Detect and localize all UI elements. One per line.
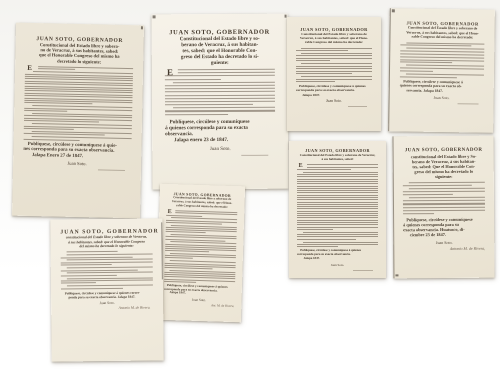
text-line bbox=[24, 120, 99, 123]
text-line bbox=[296, 68, 372, 69]
text-line bbox=[403, 200, 485, 202]
text-line bbox=[165, 91, 275, 93]
text-line bbox=[403, 191, 485, 193]
closing-line: servancia. Jalapa 1847. bbox=[400, 88, 484, 94]
text-line bbox=[165, 75, 275, 77]
text-line bbox=[297, 246, 338, 247]
doc-body bbox=[403, 182, 485, 215]
text-line bbox=[297, 236, 378, 237]
body-paragraph bbox=[24, 123, 132, 131]
text-line bbox=[165, 104, 253, 106]
body-paragraph bbox=[61, 285, 153, 289]
body-paragraph bbox=[297, 232, 378, 240]
text-line bbox=[24, 128, 74, 130]
doc-closing: Publíquese, circúlese y comuníquese á qu… bbox=[164, 283, 235, 297]
body-paragraph: E bbox=[165, 69, 275, 80]
closing-line: Jalapa Enero 27 de 1847. bbox=[23, 153, 131, 161]
text-line bbox=[297, 227, 378, 228]
text-line bbox=[296, 79, 372, 80]
text-line bbox=[165, 110, 275, 112]
text-line bbox=[297, 183, 378, 184]
text-line bbox=[165, 97, 275, 99]
text-line bbox=[297, 190, 378, 191]
text-line bbox=[24, 102, 92, 104]
signature-secretary-line bbox=[241, 154, 269, 155]
text-line bbox=[297, 234, 378, 235]
body-paragraph bbox=[400, 65, 484, 73]
dropcap-initial: E bbox=[299, 163, 303, 169]
broadside-top-center-right: JUAN SOTO, GOBERNADORConstitucional del … bbox=[287, 17, 381, 131]
signature-secretary-line bbox=[348, 106, 367, 107]
text-line bbox=[173, 81, 275, 83]
body-paragraph bbox=[165, 107, 275, 115]
text-line bbox=[400, 62, 452, 64]
text-line bbox=[297, 213, 378, 214]
text-line bbox=[303, 242, 378, 243]
signature-secretary-line bbox=[353, 270, 373, 271]
body-paragraph bbox=[400, 48, 484, 64]
text-line bbox=[307, 167, 378, 168]
text-line bbox=[165, 88, 275, 90]
text-line bbox=[406, 74, 484, 76]
text-line bbox=[296, 58, 372, 59]
text-line bbox=[165, 257, 193, 259]
signature-juan-soto: Juan Soto. bbox=[403, 239, 485, 245]
text-line bbox=[400, 70, 433, 71]
text-line bbox=[297, 204, 378, 205]
body-paragraph bbox=[165, 253, 236, 260]
body-paragraph bbox=[61, 277, 153, 284]
text-line bbox=[303, 232, 378, 233]
text-line bbox=[67, 254, 153, 256]
body-paragraph bbox=[61, 272, 153, 276]
text-line bbox=[400, 53, 484, 55]
text-line bbox=[173, 107, 275, 109]
text-line bbox=[24, 110, 67, 112]
doc-subtitle-line: á sus habitantes, sabed: bbox=[297, 158, 378, 162]
text-line bbox=[297, 217, 378, 218]
text-line bbox=[297, 188, 378, 189]
doc-body: E bbox=[165, 69, 275, 115]
broadside-middle-right: JUAN SOTO, GOBERNADORConstitucional del … bbox=[289, 141, 386, 278]
text-line bbox=[166, 231, 206, 233]
text-line bbox=[296, 66, 372, 67]
body-paragraph bbox=[166, 217, 237, 224]
text-line bbox=[67, 285, 153, 287]
broadside-top-right: JUAN SOTO, GOBERNADORConstitucional del … bbox=[388, 8, 495, 132]
text-line bbox=[61, 280, 153, 282]
text-line bbox=[297, 176, 378, 177]
text-line bbox=[400, 45, 471, 47]
text-line bbox=[297, 202, 378, 203]
doc-subtitle-line: rable Congreso del mismo ha decretado: bbox=[296, 40, 372, 44]
doc-subtitle-line: rable Congreso del mismo ha decretado: bbox=[166, 204, 237, 210]
text-line bbox=[297, 229, 333, 230]
closing-line: ciembre 23 de 1847. bbox=[403, 232, 485, 238]
doc-closing: Publíquese, circúlese y comuníquese á qu… bbox=[61, 290, 153, 299]
paper-corner-mark bbox=[153, 15, 156, 18]
broadside-middle-center: JUAN SOTO, GOBERNADORConstitucional del … bbox=[156, 184, 245, 323]
body-paragraph bbox=[61, 267, 153, 271]
text-line bbox=[301, 63, 372, 64]
text-line bbox=[165, 94, 275, 96]
body-paragraph bbox=[400, 73, 484, 78]
text-line bbox=[165, 114, 228, 115]
signature-secretary-line bbox=[458, 103, 479, 104]
body-paragraph bbox=[166, 225, 237, 235]
text-line bbox=[409, 197, 485, 199]
closing-line: Jalapa enero 23 de 1847. bbox=[165, 137, 275, 144]
body-paragraph bbox=[61, 251, 153, 253]
text-line bbox=[406, 42, 484, 44]
signature-secretary: Antonio M. de Rivera, bbox=[403, 245, 485, 251]
body-paragraph bbox=[297, 242, 378, 247]
text-line bbox=[297, 222, 378, 223]
broadside-bottom-left: JUAN SOTO, GOBERNADORconstitucional del … bbox=[50, 218, 163, 361]
text-line bbox=[165, 101, 275, 103]
text-line bbox=[61, 288, 123, 290]
text-line bbox=[406, 65, 484, 67]
text-line bbox=[296, 60, 330, 61]
text-line bbox=[406, 48, 484, 50]
text-line bbox=[297, 206, 378, 207]
text-line bbox=[61, 261, 153, 263]
text-line bbox=[297, 215, 378, 216]
body-paragraph bbox=[164, 270, 235, 284]
text-line bbox=[178, 69, 275, 71]
text-line bbox=[38, 68, 75, 70]
signature-secretary-line bbox=[97, 170, 124, 172]
text-line bbox=[403, 203, 485, 205]
photo-of-broadsides: JUAN SOTO, GOBERNADORConstitucional del … bbox=[0, 0, 500, 380]
text-line bbox=[303, 172, 378, 173]
body-paragraph bbox=[400, 42, 484, 47]
body-paragraph bbox=[165, 260, 236, 270]
body-paragraph bbox=[296, 76, 372, 82]
doc-body: E bbox=[24, 66, 134, 142]
closing-line: Jalapa 1847. bbox=[164, 291, 235, 297]
text-line bbox=[61, 264, 112, 265]
signature-juan-soto: Juan Soto. bbox=[23, 160, 131, 167]
doc-body: E bbox=[164, 210, 237, 284]
body-paragraph bbox=[297, 172, 378, 230]
signature-juan-soto: Juan Soto. bbox=[296, 99, 372, 103]
closing-line: Jalapa 1847. bbox=[297, 257, 378, 261]
body-paragraph bbox=[165, 234, 236, 241]
text-line bbox=[165, 250, 209, 252]
body-paragraph bbox=[24, 105, 132, 113]
text-line bbox=[67, 259, 153, 261]
dropcap-initial: E bbox=[167, 68, 173, 76]
text-line bbox=[296, 81, 335, 82]
doc-closing: Publíquese, circúlese y comuníquese á qu… bbox=[296, 84, 372, 97]
doc-subtitle-line: guiente: bbox=[165, 60, 275, 67]
signature-juan-soto: Juan Soto. bbox=[165, 146, 275, 152]
text-line bbox=[61, 269, 138, 271]
text-line bbox=[297, 179, 378, 180]
text-line bbox=[67, 272, 153, 274]
body-paragraph bbox=[165, 241, 236, 253]
text-line bbox=[297, 186, 378, 187]
text-line bbox=[403, 206, 485, 208]
text-line bbox=[297, 211, 378, 212]
text-line bbox=[165, 85, 275, 87]
text-line bbox=[178, 72, 275, 74]
text-line bbox=[297, 208, 378, 209]
broadside-top-center: JUAN SOTO, GOBERNADORConstitucional del … bbox=[152, 14, 289, 190]
doc-closing: Publíquese, circúlese y comuníqueseá qui… bbox=[403, 217, 485, 238]
body-paragraph: E bbox=[166, 210, 237, 217]
doc-body bbox=[400, 42, 484, 78]
text-line bbox=[400, 56, 484, 58]
text-line bbox=[296, 55, 372, 56]
text-line bbox=[61, 283, 96, 284]
doc-body bbox=[296, 48, 372, 82]
body-paragraph bbox=[403, 188, 485, 196]
text-line bbox=[61, 256, 133, 258]
text-line bbox=[297, 174, 378, 175]
text-line bbox=[297, 192, 378, 193]
text-line bbox=[296, 50, 348, 51]
text-line bbox=[165, 267, 213, 269]
text-line bbox=[297, 220, 378, 221]
signature-secretary: Ant. M. de Rivera. bbox=[163, 302, 234, 308]
text-line bbox=[400, 68, 484, 70]
body-paragraph bbox=[296, 48, 372, 51]
text-line bbox=[409, 188, 485, 190]
body-paragraph bbox=[403, 182, 485, 187]
text-line bbox=[297, 197, 378, 198]
broadside-far-right: JUAN SOTO, GOBERNADORconstitucional del … bbox=[393, 136, 495, 279]
body-paragraph bbox=[24, 71, 133, 105]
closing-line: ponda para su exacta observancia. Jalapa… bbox=[61, 294, 153, 299]
signature-secretary: Antonio M. de Rivera. bbox=[61, 306, 150, 311]
text-line bbox=[297, 195, 378, 196]
body-paragraph bbox=[61, 259, 153, 266]
text-line bbox=[403, 213, 434, 214]
signature-juan-soto: Juan Soto. bbox=[400, 95, 484, 100]
body-paragraph bbox=[296, 63, 372, 74]
text-line bbox=[297, 239, 356, 240]
paper-corner-mark bbox=[392, 9, 395, 12]
doc-closing: Publíquese, circúlese y comuníquese áqui… bbox=[400, 79, 484, 94]
text-line bbox=[301, 76, 372, 77]
text-line bbox=[307, 164, 378, 165]
dropcap-initial: E bbox=[168, 209, 172, 215]
body-paragraph bbox=[296, 53, 372, 61]
text-line bbox=[403, 209, 485, 211]
text-line bbox=[301, 53, 372, 54]
doc-closing: Publíquese, circúlese y comuníqueseá qui… bbox=[165, 118, 275, 143]
doc-closing: Publíquese, circúlese y comuníquese á qu… bbox=[23, 142, 131, 161]
text-line bbox=[67, 267, 153, 269]
text-line bbox=[24, 139, 80, 141]
body-paragraph bbox=[24, 113, 132, 123]
body-paragraph bbox=[403, 197, 485, 214]
text-line bbox=[400, 59, 484, 61]
text-line bbox=[297, 181, 378, 182]
doc-closing: Publíquese, circúlese y comuníquese á qu… bbox=[297, 249, 378, 261]
paper-corner-mark bbox=[140, 26, 143, 29]
text-line bbox=[296, 71, 372, 72]
body-paragraph: E bbox=[297, 164, 378, 169]
text-line bbox=[165, 79, 221, 80]
body-paragraph bbox=[165, 81, 275, 105]
text-line bbox=[67, 251, 118, 252]
doc-subtitle-line: rable Congreso del mismo ha decretado: bbox=[400, 35, 484, 41]
text-line bbox=[297, 224, 378, 225]
doc-subtitle-line: siguiente: bbox=[403, 174, 485, 180]
text-line bbox=[403, 185, 472, 187]
text-line bbox=[67, 277, 153, 279]
body-paragraph bbox=[61, 254, 153, 258]
text-line bbox=[297, 244, 378, 245]
doc-body bbox=[61, 251, 153, 289]
text-line bbox=[297, 199, 378, 200]
text-line bbox=[400, 51, 484, 53]
broadside-top-left: JUAN SOTO, GOBERNADORConstitucional del … bbox=[12, 23, 144, 219]
text-line bbox=[61, 275, 117, 276]
text-line bbox=[297, 169, 351, 170]
signature-juan-soto: Juan Soto. bbox=[297, 263, 378, 267]
paper-corner-mark bbox=[395, 274, 398, 277]
text-line bbox=[296, 73, 352, 74]
text-line bbox=[403, 194, 453, 195]
doc-body: E bbox=[297, 164, 378, 247]
text-line bbox=[409, 182, 485, 184]
text-line bbox=[400, 76, 457, 78]
text-line bbox=[301, 48, 372, 49]
closing-line: Jalapa 1847. bbox=[296, 93, 372, 97]
